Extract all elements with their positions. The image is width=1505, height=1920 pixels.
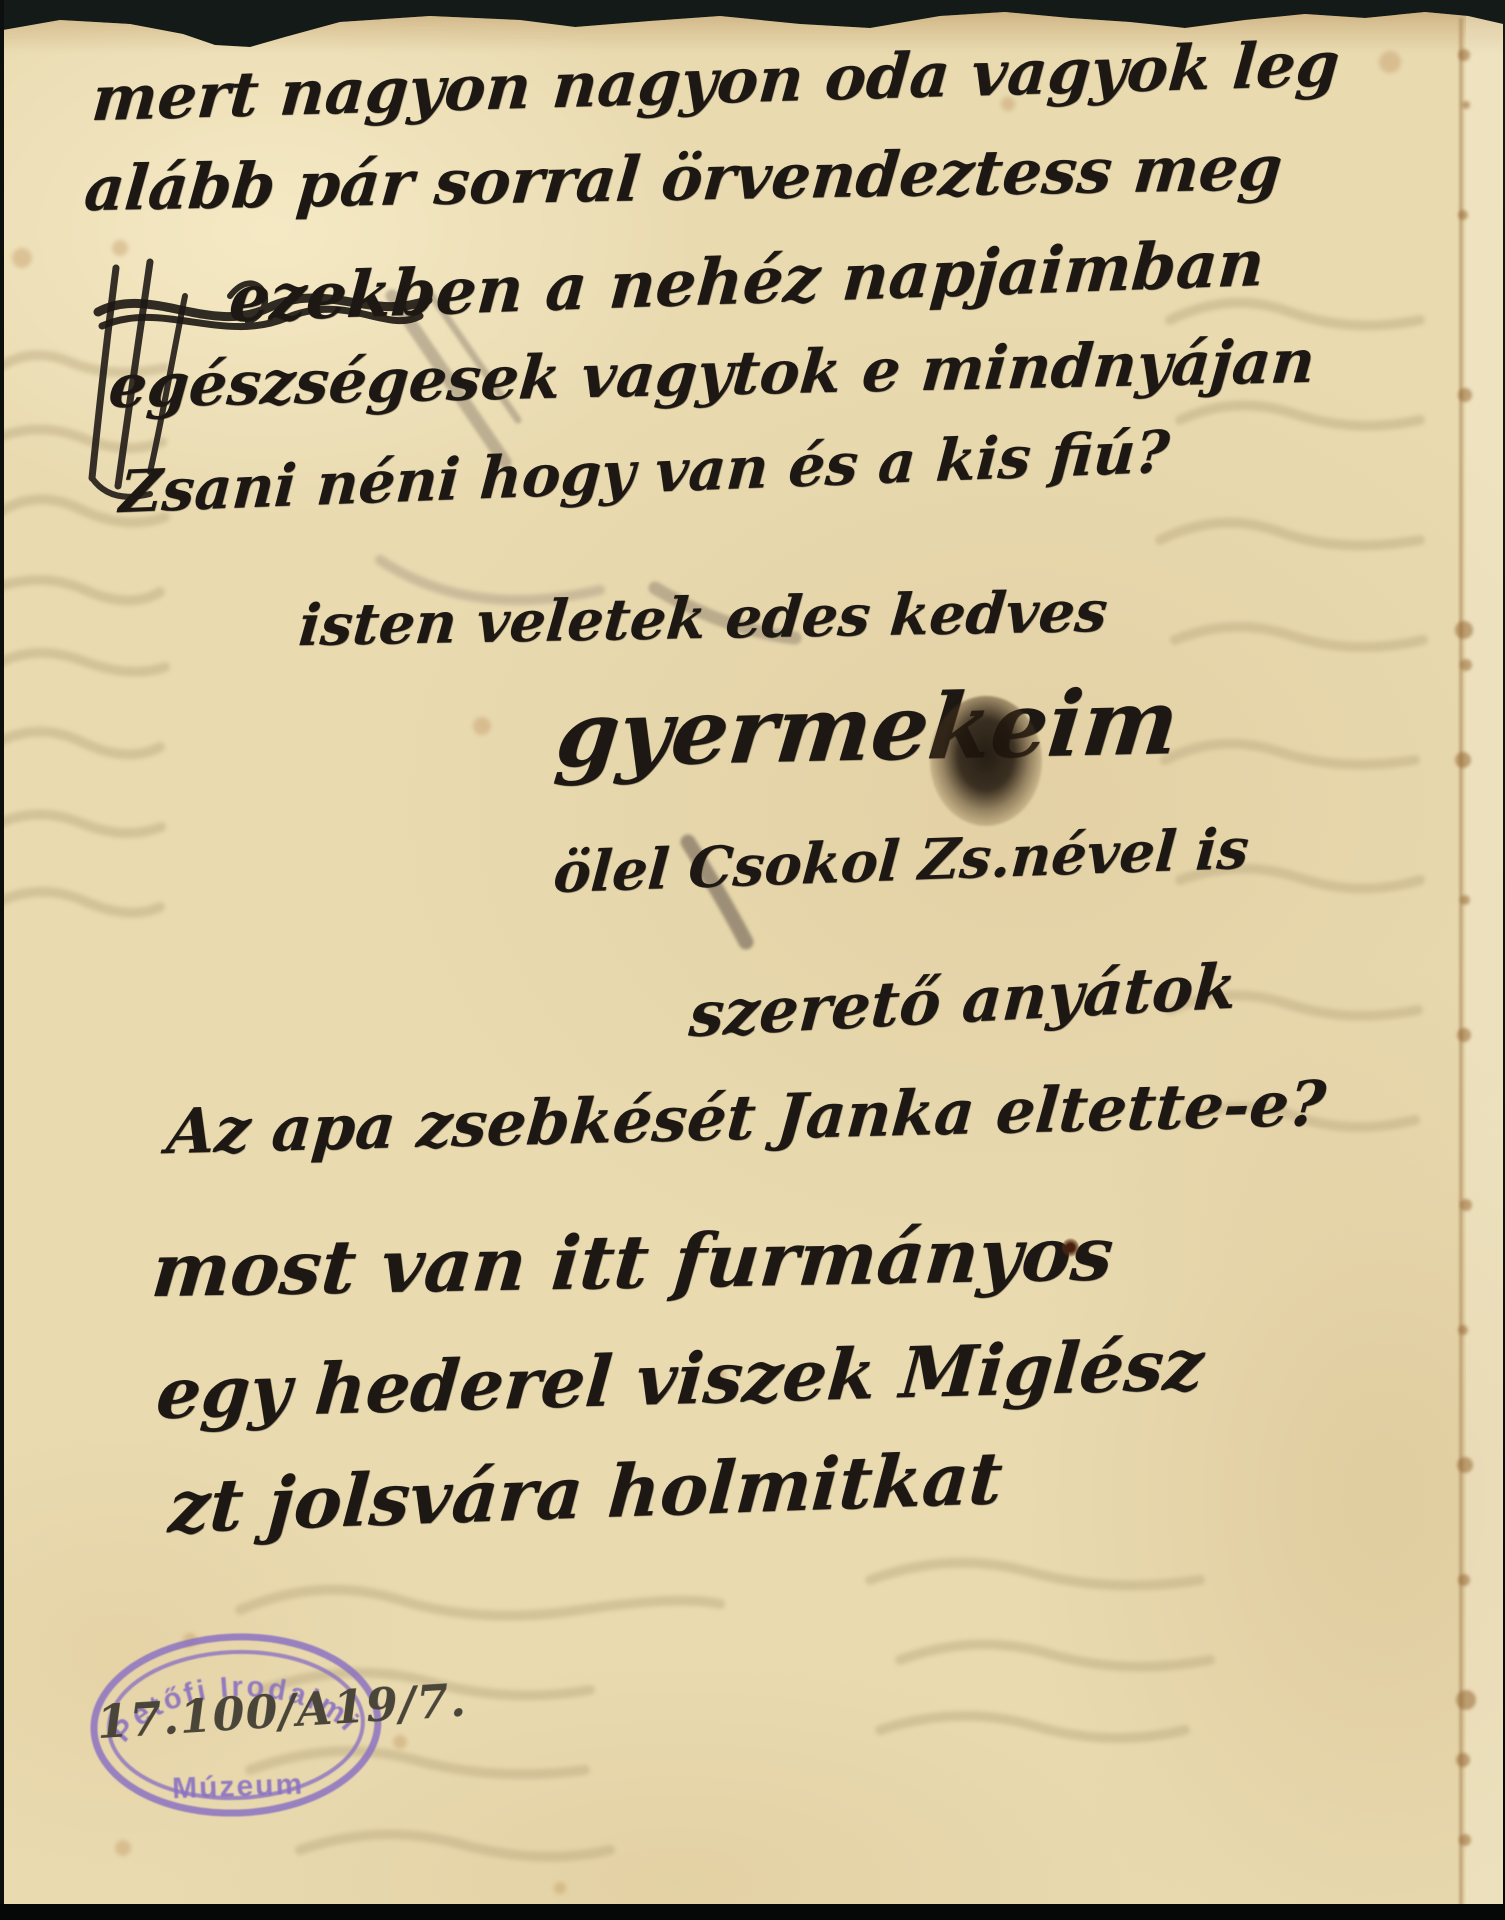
- small-brown-stain: [1062, 1238, 1079, 1257]
- crease-stains: [1455, 49, 1476, 1846]
- bottom-scan-edge: [0, 1904, 1505, 1920]
- ink-blot: [930, 696, 1042, 826]
- stamp-text-bottom: Múzeum: [172, 1768, 305, 1806]
- letter-line-11: most van itt furmányos: [148, 1211, 1116, 1314]
- left-scan-edge: [0, 0, 4, 1920]
- letter-paper: mert nagyon nagyon oda vagyok leg alább …: [0, 0, 1505, 1920]
- letter-line-7: gyermekeim: [551, 669, 1183, 788]
- museum-stamp: Petőfi Irodalmi Múzeum 17.100/A19/7.: [82, 1623, 391, 1831]
- scanned-letter-page: mert nagyon nagyon oda vagyok leg alább …: [0, 0, 1505, 1920]
- letter-line-6: isten veletek edes kedves: [296, 578, 1110, 659]
